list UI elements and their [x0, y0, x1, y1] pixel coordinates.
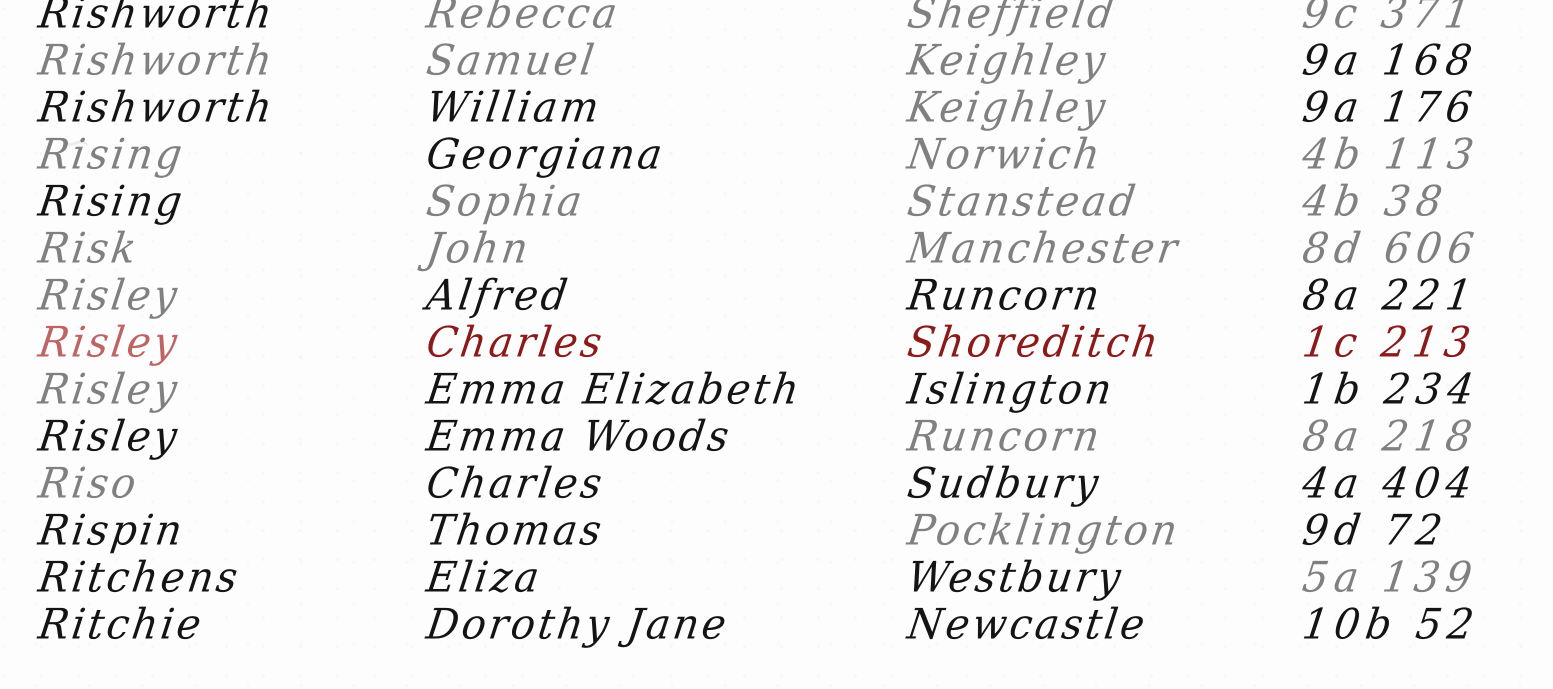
- register-table: Rishworth Rebecca Sheffield 9c 371 Rishw…: [0, 0, 1553, 650]
- register-row: Ritchie Dorothy Jane Newcastle 10b 52: [0, 603, 1553, 650]
- surname-cell: Riso: [36, 463, 362, 505]
- register-row: Risk John Manchester 8d 606: [0, 227, 1553, 274]
- surname-cell: Rishworth: [36, 87, 362, 129]
- forename-cell: Emma Elizabeth: [424, 369, 900, 411]
- surname-cell: Rispin: [36, 510, 362, 552]
- reference-cell: 9d 72: [1300, 510, 1546, 552]
- forename-cell: John: [424, 228, 900, 270]
- reference-cell: 8d 606: [1300, 228, 1546, 270]
- forename-cell: Thomas: [424, 510, 900, 552]
- surname-cell: Rishworth: [36, 0, 362, 35]
- district-cell: Manchester: [905, 228, 1291, 270]
- reference-cell: 5a 139: [1300, 557, 1546, 599]
- reference-cell: 9a 176: [1300, 87, 1546, 129]
- reference-cell: 1c 213: [1300, 322, 1546, 364]
- register-row-highlighted: Risley Charles Shoreditch 1c 213: [0, 321, 1553, 368]
- district-cell: Sheffield: [905, 0, 1291, 35]
- reference-cell: 9a 168: [1300, 40, 1546, 82]
- forename-cell: Sophia: [424, 181, 900, 223]
- forename-cell: Charles: [424, 322, 900, 364]
- register-row: Rishworth Samuel Keighley 9a 168: [0, 39, 1553, 86]
- district-cell: Shoreditch: [905, 322, 1291, 364]
- district-cell: Runcorn: [905, 275, 1291, 317]
- forename-cell: Eliza: [424, 557, 900, 599]
- register-row: Rishworth William Keighley 9a 176: [0, 86, 1553, 133]
- reference-cell: 10b 52: [1300, 604, 1546, 646]
- surname-cell: Risley: [36, 416, 362, 458]
- district-cell: Keighley: [905, 40, 1291, 82]
- district-cell: Sudbury: [905, 463, 1291, 505]
- surname-cell: Rishworth: [36, 40, 362, 82]
- forename-cell: Alfred: [424, 275, 900, 317]
- reference-cell: 8a 221: [1300, 275, 1546, 317]
- surname-cell: Ritchie: [36, 604, 362, 646]
- register-row: Rising Sophia Stanstead 4b 38: [0, 180, 1553, 227]
- reference-cell: 4a 404: [1300, 463, 1546, 505]
- reference-cell: 4b 113: [1300, 134, 1546, 176]
- reference-cell: 4b 38: [1300, 181, 1546, 223]
- forename-cell: Dorothy Jane: [424, 604, 900, 646]
- surname-cell: Risley: [36, 369, 362, 411]
- forename-cell: Emma Woods: [424, 416, 900, 458]
- district-cell: Pocklington: [905, 510, 1291, 552]
- surname-cell: Ritchens: [36, 557, 362, 599]
- scanned-register-page: ~ Rishworth Rebecca Sheffield 9c 371 Ris…: [0, 0, 1553, 689]
- forename-cell: William: [424, 87, 900, 129]
- reference-cell: 1b 234: [1300, 369, 1546, 411]
- register-row: Rising Georgiana Norwich 4b 113: [0, 133, 1553, 180]
- forename-cell: Georgiana: [424, 134, 900, 176]
- register-row: Rispin Thomas Pocklington 9d 72: [0, 509, 1553, 556]
- district-cell: Norwich: [905, 134, 1291, 176]
- register-row: Risley Emma Elizabeth Islington 1b 234: [0, 368, 1553, 415]
- register-row: Rishworth Rebecca Sheffield 9c 371: [0, 0, 1553, 39]
- surname-cell: Rising: [36, 181, 362, 223]
- surname-cell: Risley: [36, 322, 362, 364]
- surname-cell: Risk: [36, 228, 362, 270]
- reference-cell: 9c 371: [1300, 0, 1546, 35]
- register-row: Risley Alfred Runcorn 8a 221: [0, 274, 1553, 321]
- district-cell: Newcastle: [905, 604, 1291, 646]
- surname-cell: Rising: [36, 134, 362, 176]
- forename-cell: Rebecca: [424, 0, 900, 35]
- forename-cell: Samuel: [424, 40, 900, 82]
- district-cell: Westbury: [905, 557, 1291, 599]
- surname-cell: Risley: [36, 275, 362, 317]
- district-cell: Stanstead: [905, 181, 1291, 223]
- register-row: Risley Emma Woods Runcorn 8a 218: [0, 415, 1553, 462]
- forename-cell: Charles: [424, 463, 900, 505]
- district-cell: Runcorn: [905, 416, 1291, 458]
- register-row: Riso Charles Sudbury 4a 404: [0, 462, 1553, 509]
- district-cell: Keighley: [905, 87, 1291, 129]
- district-cell: Islington: [905, 369, 1291, 411]
- register-row: Ritchens Eliza Westbury 5a 139: [0, 556, 1553, 603]
- reference-cell: 8a 218: [1300, 416, 1546, 458]
